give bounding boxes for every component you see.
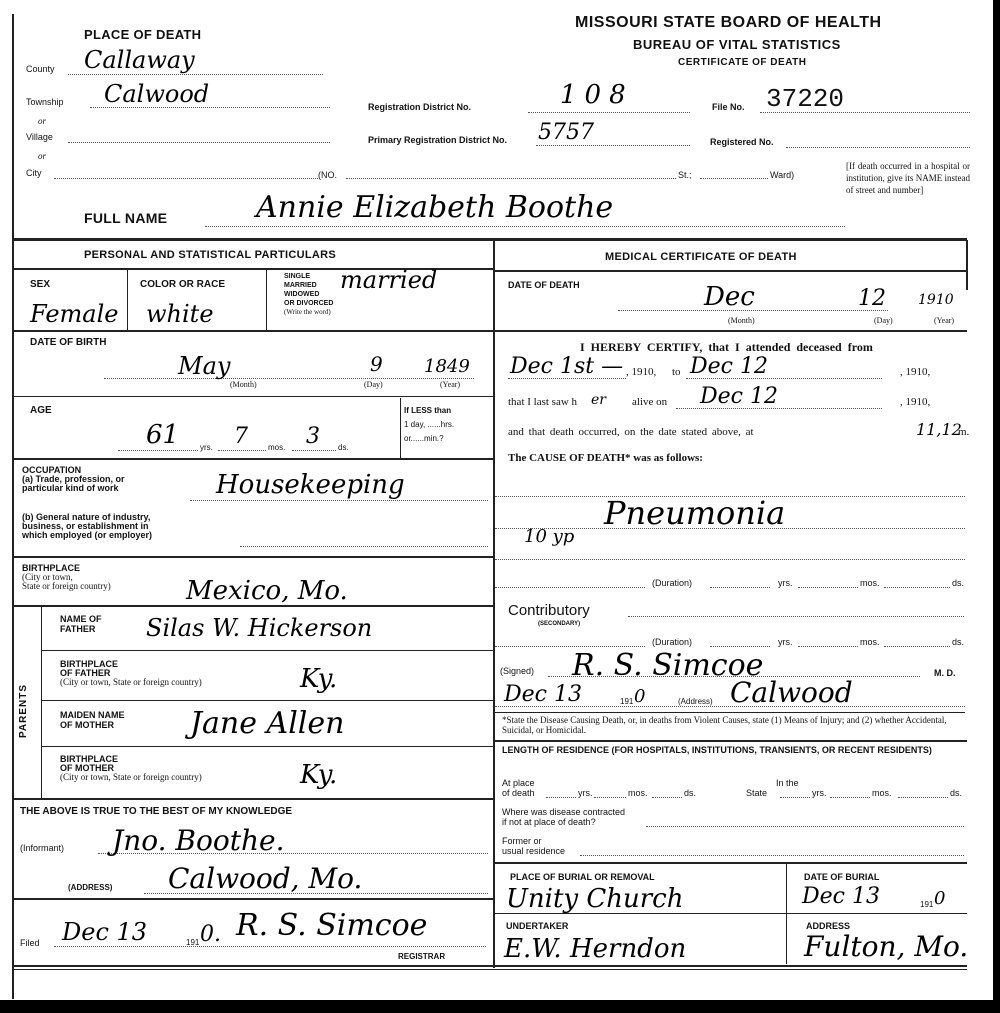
signed-year-suffix[interactable]: 0 <box>634 686 645 707</box>
father-birthplace-value[interactable]: Ky. <box>300 664 337 694</box>
burial-date-value[interactable]: Dec 13 <box>802 884 880 909</box>
mos-caption: mos. <box>628 788 648 798</box>
street-label: St.; <box>678 170 692 180</box>
birthplace-value[interactable]: Mexico, Mo. <box>186 576 348 606</box>
county-label: County <box>26 64 55 74</box>
dob-day[interactable]: 9 <box>370 352 383 376</box>
physician-address-label: (Address) <box>678 697 713 706</box>
signed-year-prefix: 191 <box>620 697 633 706</box>
file-no-value[interactable]: 37220 <box>766 84 844 114</box>
bureau-title: BUREAU OF VITAL STATISTICS <box>633 37 841 52</box>
dod-day[interactable]: 12 <box>858 286 886 311</box>
mother-birthplace-value[interactable]: Ky. <box>300 760 337 790</box>
filed-year-suffix[interactable]: 0. <box>200 922 221 947</box>
alive-on-text: alive on <box>632 396 667 408</box>
cause-annotation[interactable]: 10 yp <box>524 526 574 547</box>
dod-label: DATE OF DEATH <box>508 280 580 290</box>
year-1910-b: , 1910, <box>900 366 930 378</box>
dod-year-caption: (Year) <box>934 316 954 325</box>
registrar-signature[interactable]: R. S. Simcoe <box>236 908 427 943</box>
contributory-label: Contributory <box>508 602 590 619</box>
mos-caption: mos. <box>860 578 880 588</box>
board-title: MISSOURI STATE BOARD OF HEALTH <box>575 14 882 32</box>
primary-district-value[interactable]: 5757 <box>538 120 594 145</box>
occupation-value[interactable]: Housekeeping <box>216 470 405 500</box>
mos-caption: mos. <box>860 637 880 647</box>
parents-side-label: PARENTS <box>18 684 29 738</box>
filed-year-prefix: 191 <box>186 938 199 947</box>
registration-district-value[interactable]: 108 <box>560 80 634 110</box>
sex-value[interactable]: Female <box>30 300 119 328</box>
residence-title: LENGTH OF RESIDENCE (FOR HOSPITALS, INST… <box>502 745 962 756</box>
age-label: AGE <box>30 405 52 416</box>
township-value[interactable]: Calwood <box>104 80 209 108</box>
yrs-caption: yrs. <box>778 578 793 588</box>
or-text: or <box>38 116 46 126</box>
last-saw-pronoun[interactable]: er <box>591 392 606 408</box>
city-label: City <box>26 168 42 178</box>
yrs-caption: yrs. <box>578 788 593 798</box>
industry-label: (b) General nature of industry, business… <box>22 513 152 540</box>
less-than-note: If LESS than 1 day, ......hrs. or......m… <box>404 404 454 446</box>
dob-year[interactable]: 1849 <box>424 356 470 377</box>
mother-name-label: MAIDEN NAME OF MOTHER <box>60 710 125 730</box>
ds-caption: ds. <box>684 788 696 798</box>
md-label: M. D. <box>934 668 956 678</box>
burial-year-prefix: 191 <box>920 900 933 909</box>
filed-label: Filed <box>20 938 40 948</box>
ds-caption: ds. <box>952 578 964 588</box>
informant-address-label: (ADDRESS) <box>68 883 112 892</box>
occupation-label: OCCUPATION (a) Trade, profession, or par… <box>22 466 125 493</box>
yrs-caption: yrs. <box>778 637 793 647</box>
burial-year-suffix[interactable]: 0 <box>934 888 945 909</box>
year-1910-a: , 1910, <box>626 366 656 378</box>
cause-text: The CAUSE OF DEATH* was as follows: <box>508 452 703 464</box>
occurred-text: and that death occurred, on the date sta… <box>508 426 754 438</box>
hospital-note: [If death occurred in a hospital or inst… <box>846 160 970 196</box>
father-name-label: NAME OF FATHER <box>60 614 102 634</box>
place-of-death-title: PLACE OF DEATH <box>84 27 201 42</box>
marital-labels: SINGLE MARRIED WIDOWED OR DIVORCED (Writ… <box>284 272 333 317</box>
last-saw-text: that I last saw h <box>508 396 577 408</box>
center-divider <box>493 240 495 968</box>
burial-place-value[interactable]: Unity Church <box>506 884 684 914</box>
dod-month-caption: (Month) <box>728 316 755 325</box>
informant-address-value[interactable]: Calwood, Mo. <box>168 862 362 895</box>
ds-caption: ds. <box>338 443 349 452</box>
undertaker-value[interactable]: E.W. Herndon <box>504 934 686 964</box>
yrs-caption: yrs. <box>200 443 213 452</box>
day-caption: (Day) <box>364 380 383 389</box>
left-border <box>12 14 14 999</box>
at-place-label: At place of death <box>502 778 535 798</box>
registration-district-label: Registration District No. <box>368 102 471 112</box>
cause-footnote: *State the Disease Causing Death, or, in… <box>502 715 962 735</box>
dod-day-caption: (Day) <box>874 316 893 325</box>
or-text: or <box>38 151 46 161</box>
primary-district-label: Primary Registration District No. <box>368 135 507 145</box>
registered-no-label: Registered No. <box>710 137 774 147</box>
sex-label: SEX <box>30 279 50 290</box>
mos-caption: mos. <box>268 443 285 452</box>
mother-birthplace-label: BIRTHPLACE OF MOTHER (City or town, Stat… <box>60 755 202 782</box>
village-label: Village <box>26 132 53 142</box>
ds-caption: ds. <box>952 637 964 647</box>
duration-label-2: (Duration) <box>652 637 692 647</box>
former-residence-label: Former or usual residence <box>502 836 565 856</box>
mos-caption: mos. <box>872 788 892 798</box>
registrar-label: REGISTRAR <box>398 952 445 961</box>
personal-section-title: PERSONAL AND STATISTICAL PARTICULARS <box>84 249 336 261</box>
attended-to[interactable]: Dec 12 <box>690 354 768 379</box>
informant-value[interactable]: Jno. Boothe. <box>112 824 284 857</box>
street-no-label: (NO. <box>318 170 337 180</box>
ward-label: Ward) <box>770 170 794 180</box>
yrs-caption: yrs. <box>812 788 827 798</box>
full-name-label: FULL NAME <box>84 210 167 226</box>
attended-from[interactable]: Dec 1st — <box>510 354 623 379</box>
race-value[interactable]: white <box>146 300 214 328</box>
time-suffix: m. <box>958 426 969 438</box>
year-1910-c: , 1910, <box>900 396 930 408</box>
father-birthplace-label: BIRTHPLACE OF FATHER (City or town, Stat… <box>60 660 202 687</box>
dob-month[interactable]: May <box>178 352 230 380</box>
dod-year[interactable]: 1910 <box>918 292 954 308</box>
township-label: Township <box>26 97 64 107</box>
medical-section-title: MEDICAL CERTIFICATE OF DEATH <box>605 251 797 263</box>
burial-place-label: PLACE OF BURIAL OR REMOVAL <box>510 872 655 882</box>
duration-label: (Duration) <box>652 578 692 588</box>
cause-value[interactable]: Pneumonia <box>604 494 785 532</box>
burial-date-label: DATE OF BURIAL <box>804 872 879 882</box>
physician-address-value[interactable]: Calwood <box>730 676 853 709</box>
undertaker-label: UNDERTAKER <box>506 921 568 931</box>
informant-label: (Informant) <box>20 843 64 853</box>
contracted-label: Where was disease contracted if not at p… <box>502 807 625 827</box>
ds-caption: ds. <box>950 788 962 798</box>
dod-month[interactable]: Dec <box>704 282 755 312</box>
county-value[interactable]: Callaway <box>84 46 195 74</box>
age-years[interactable]: 61 <box>146 420 179 450</box>
undertaker-address-value[interactable]: Fulton, Mo. <box>804 930 968 963</box>
full-name-value[interactable]: Annie Elizabeth Boothe <box>256 190 613 225</box>
year-caption: (Year) <box>440 380 460 389</box>
signed-date[interactable]: Dec 13 <box>504 682 582 707</box>
age-days[interactable]: 3 <box>306 424 320 449</box>
last-saw-date[interactable]: Dec 12 <box>700 384 778 409</box>
birthplace-label: BIRTHPLACE (City or town, State or forei… <box>22 564 111 591</box>
secondary-label: (SECONDARY) <box>538 621 580 627</box>
filed-date[interactable]: Dec 13 <box>62 918 147 946</box>
knowledge-statement: THE ABOVE IS TRUE TO THE BEST OF MY KNOW… <box>20 806 292 817</box>
month-caption: (Month) <box>230 380 257 389</box>
certify-text: I HEREBY CERTIFY, that I attended deceas… <box>580 340 873 355</box>
mother-name-value[interactable]: Jane Allen <box>190 706 344 741</box>
file-no-label: File No. <box>712 102 745 112</box>
age-months[interactable]: 7 <box>234 424 248 449</box>
father-name-value[interactable]: Silas W. Hickerson <box>146 614 372 642</box>
to-label: to <box>672 366 681 378</box>
marital-value[interactable]: married <box>340 266 437 294</box>
race-label: COLOR OR RACE <box>140 279 225 290</box>
signed-label: (Signed) <box>500 666 534 676</box>
dob-label: DATE OF BIRTH <box>30 337 106 348</box>
time-of-death[interactable]: 11,12 <box>916 420 962 439</box>
death-certificate: PLACE OF DEATH County Callaway Township … <box>0 0 993 1000</box>
certificate-title: CERTIFICATE OF DEATH <box>678 57 807 68</box>
in-state-label: In the State <box>746 778 799 798</box>
